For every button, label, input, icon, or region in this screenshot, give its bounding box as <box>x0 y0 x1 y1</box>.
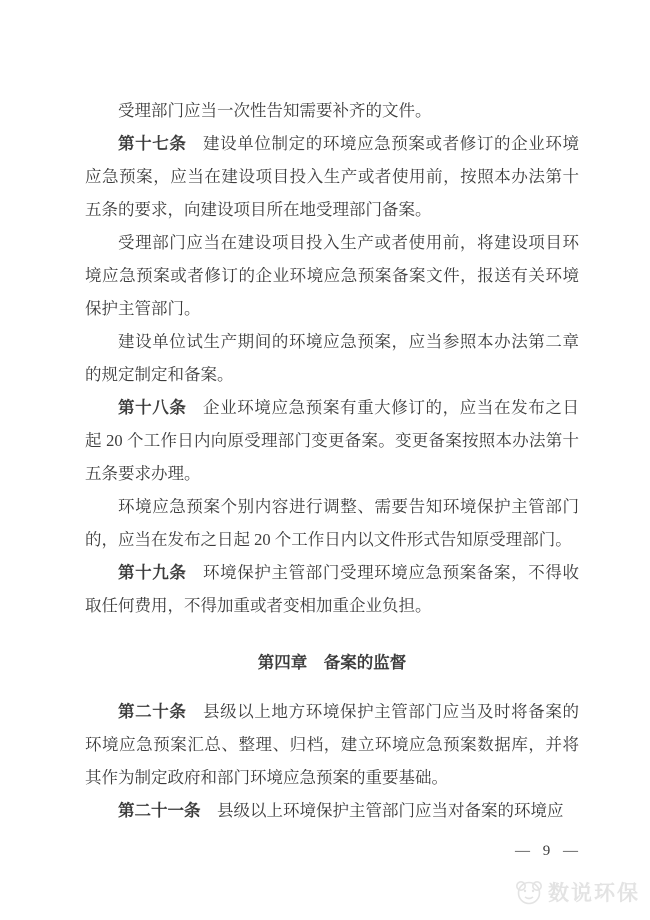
paragraph-text: 第四章 备案的监督 <box>258 653 407 672</box>
paragraph: 环境应急预案个别内容进行调整、需要告知环境保护主管部门的，应当在发布之日起 20… <box>85 490 579 556</box>
paragraph: 第十九条环境保护主管部门受理环境应急预案备案，不得收取任何费用，不得加重或者变相… <box>85 556 579 622</box>
paragraph-text: 环境应急预案个别内容进行调整、需要告知环境保护主管部门的，应当在发布之日起 20… <box>85 497 579 549</box>
paragraph: 受理部门应当在建设项目投入生产或者使用前，将建设项目环境应急预案或者修订的企业环… <box>85 226 579 325</box>
paragraph-text: 建设单位试生产期间的环境应急预案，应当参照本办法第二章的规定制定和备案。 <box>85 332 579 384</box>
watermark-label: 数说环保 <box>548 877 640 907</box>
watermark: 数说环保 <box>515 877 640 907</box>
panda-face-icon <box>515 879 543 905</box>
document-page: 受理部门应当一次性告知需要补齐的文件。 第十七条建设单位制定的环境应急预案或者修… <box>0 0 650 920</box>
paragraph: 建设单位试生产期间的环境应急预案，应当参照本办法第二章的规定制定和备案。 <box>85 325 579 391</box>
paragraph: 第十八条企业环境应急预案有重大修订的，应当在发布之日起 20 个工作日内向原受理… <box>85 391 579 490</box>
paragraph-text: 受理部门应当一次性告知需要补齐的文件。 <box>118 101 432 120</box>
article-number: 第十八条 <box>118 398 186 417</box>
article-number: 第二十条 <box>118 702 186 721</box>
paragraph-text: 受理部门应当在建设项目投入生产或者使用前，将建设项目环境应急预案或者修订的企业环… <box>85 233 579 318</box>
paragraph: 第十七条建设单位制定的环境应急预案或者修订的企业环境应急预案，应当在建设项目投入… <box>85 127 579 226</box>
paragraph: 第二十一条县级以上环境保护主管部门应当对备案的环境应 <box>85 794 579 827</box>
paragraph: 受理部门应当一次性告知需要补齐的文件。 <box>85 94 579 127</box>
page-number: — 9 — <box>85 835 579 868</box>
article-number: 第二十一条 <box>118 801 201 820</box>
paragraph-text: 县级以上环境保护主管部门应当对备案的环境应 <box>217 801 564 820</box>
document-body: 受理部门应当一次性告知需要补齐的文件。 第十七条建设单位制定的环境应急预案或者修… <box>85 94 579 868</box>
paragraph: 第二十条县级以上地方环境保护主管部门应当及时将备案的环境应急预案汇总、整理、归档… <box>85 695 579 794</box>
article-number: 第十九条 <box>118 563 186 582</box>
article-number: 第十七条 <box>118 134 186 153</box>
chapter-heading: 第四章 备案的监督 <box>85 646 579 679</box>
